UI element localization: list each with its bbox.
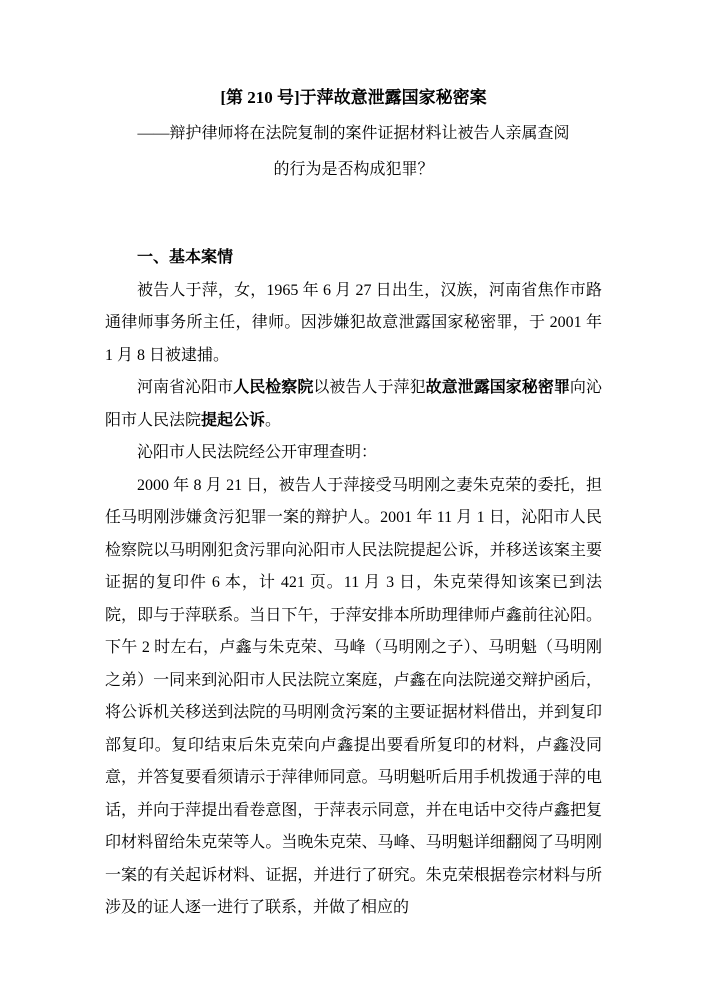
text-run: 2000 年 8 月 21 日，被告人于萍接受马明刚之妻朱克荣的委托，担任马明刚…: [105, 477, 602, 917]
text-run: 。: [265, 412, 281, 429]
case-subtitle-line-1: ——辩护律师将在法院复制的案件证据材料让被告人亲属查阅: [105, 116, 602, 152]
text-run: 故意泄露国家秘密罪: [426, 379, 570, 396]
document-page: [第 210 号]于萍故意泄露国家秘密案 ——辩护律师将在法院复制的案件证据材料…: [0, 0, 707, 999]
paragraph-defendant-info: 被告人于萍，女，1965 年 6 月 27 日出生，汉族，河南省焦作市路通律师事…: [105, 275, 602, 373]
section-heading-basic-facts: 一、基本案情: [105, 242, 602, 275]
paragraph-case-facts: 2000 年 8 月 21 日，被告人于萍接受马明刚之妻朱克荣的委托，担任马明刚…: [105, 470, 602, 925]
text-run: 被告人于萍，女，1965 年 6 月 27 日出生，汉族，河南省焦作市路通律师事…: [105, 282, 602, 364]
text-run: 沁阳市人民法院经公开审理查明：: [137, 444, 377, 461]
case-subtitle-line-2: 的行为是否构成犯罪？: [105, 152, 602, 188]
text-run: 提起公诉: [201, 412, 265, 429]
paragraph-prosecution-filing: 河南省沁阳市人民检察院以被告人于萍犯故意泄露国家秘密罪向沁阳市人民法院提起公诉。: [105, 372, 602, 437]
text-run: 人民检察院: [233, 379, 313, 396]
paragraph-trial-intro: 沁阳市人民法院经公开审理查明：: [105, 437, 602, 470]
text-run: 河南省沁阳市: [137, 379, 233, 396]
section-basic-facts: 一、基本案情 被告人于萍，女，1965 年 6 月 27 日出生，汉族，河南省焦…: [105, 242, 602, 925]
text-run: 以被告人于萍犯: [313, 379, 425, 396]
case-subtitle: ——辩护律师将在法院复制的案件证据材料让被告人亲属查阅 的行为是否构成犯罪？: [105, 116, 602, 188]
case-title: [第 210 号]于萍故意泄露国家秘密案: [105, 80, 602, 116]
